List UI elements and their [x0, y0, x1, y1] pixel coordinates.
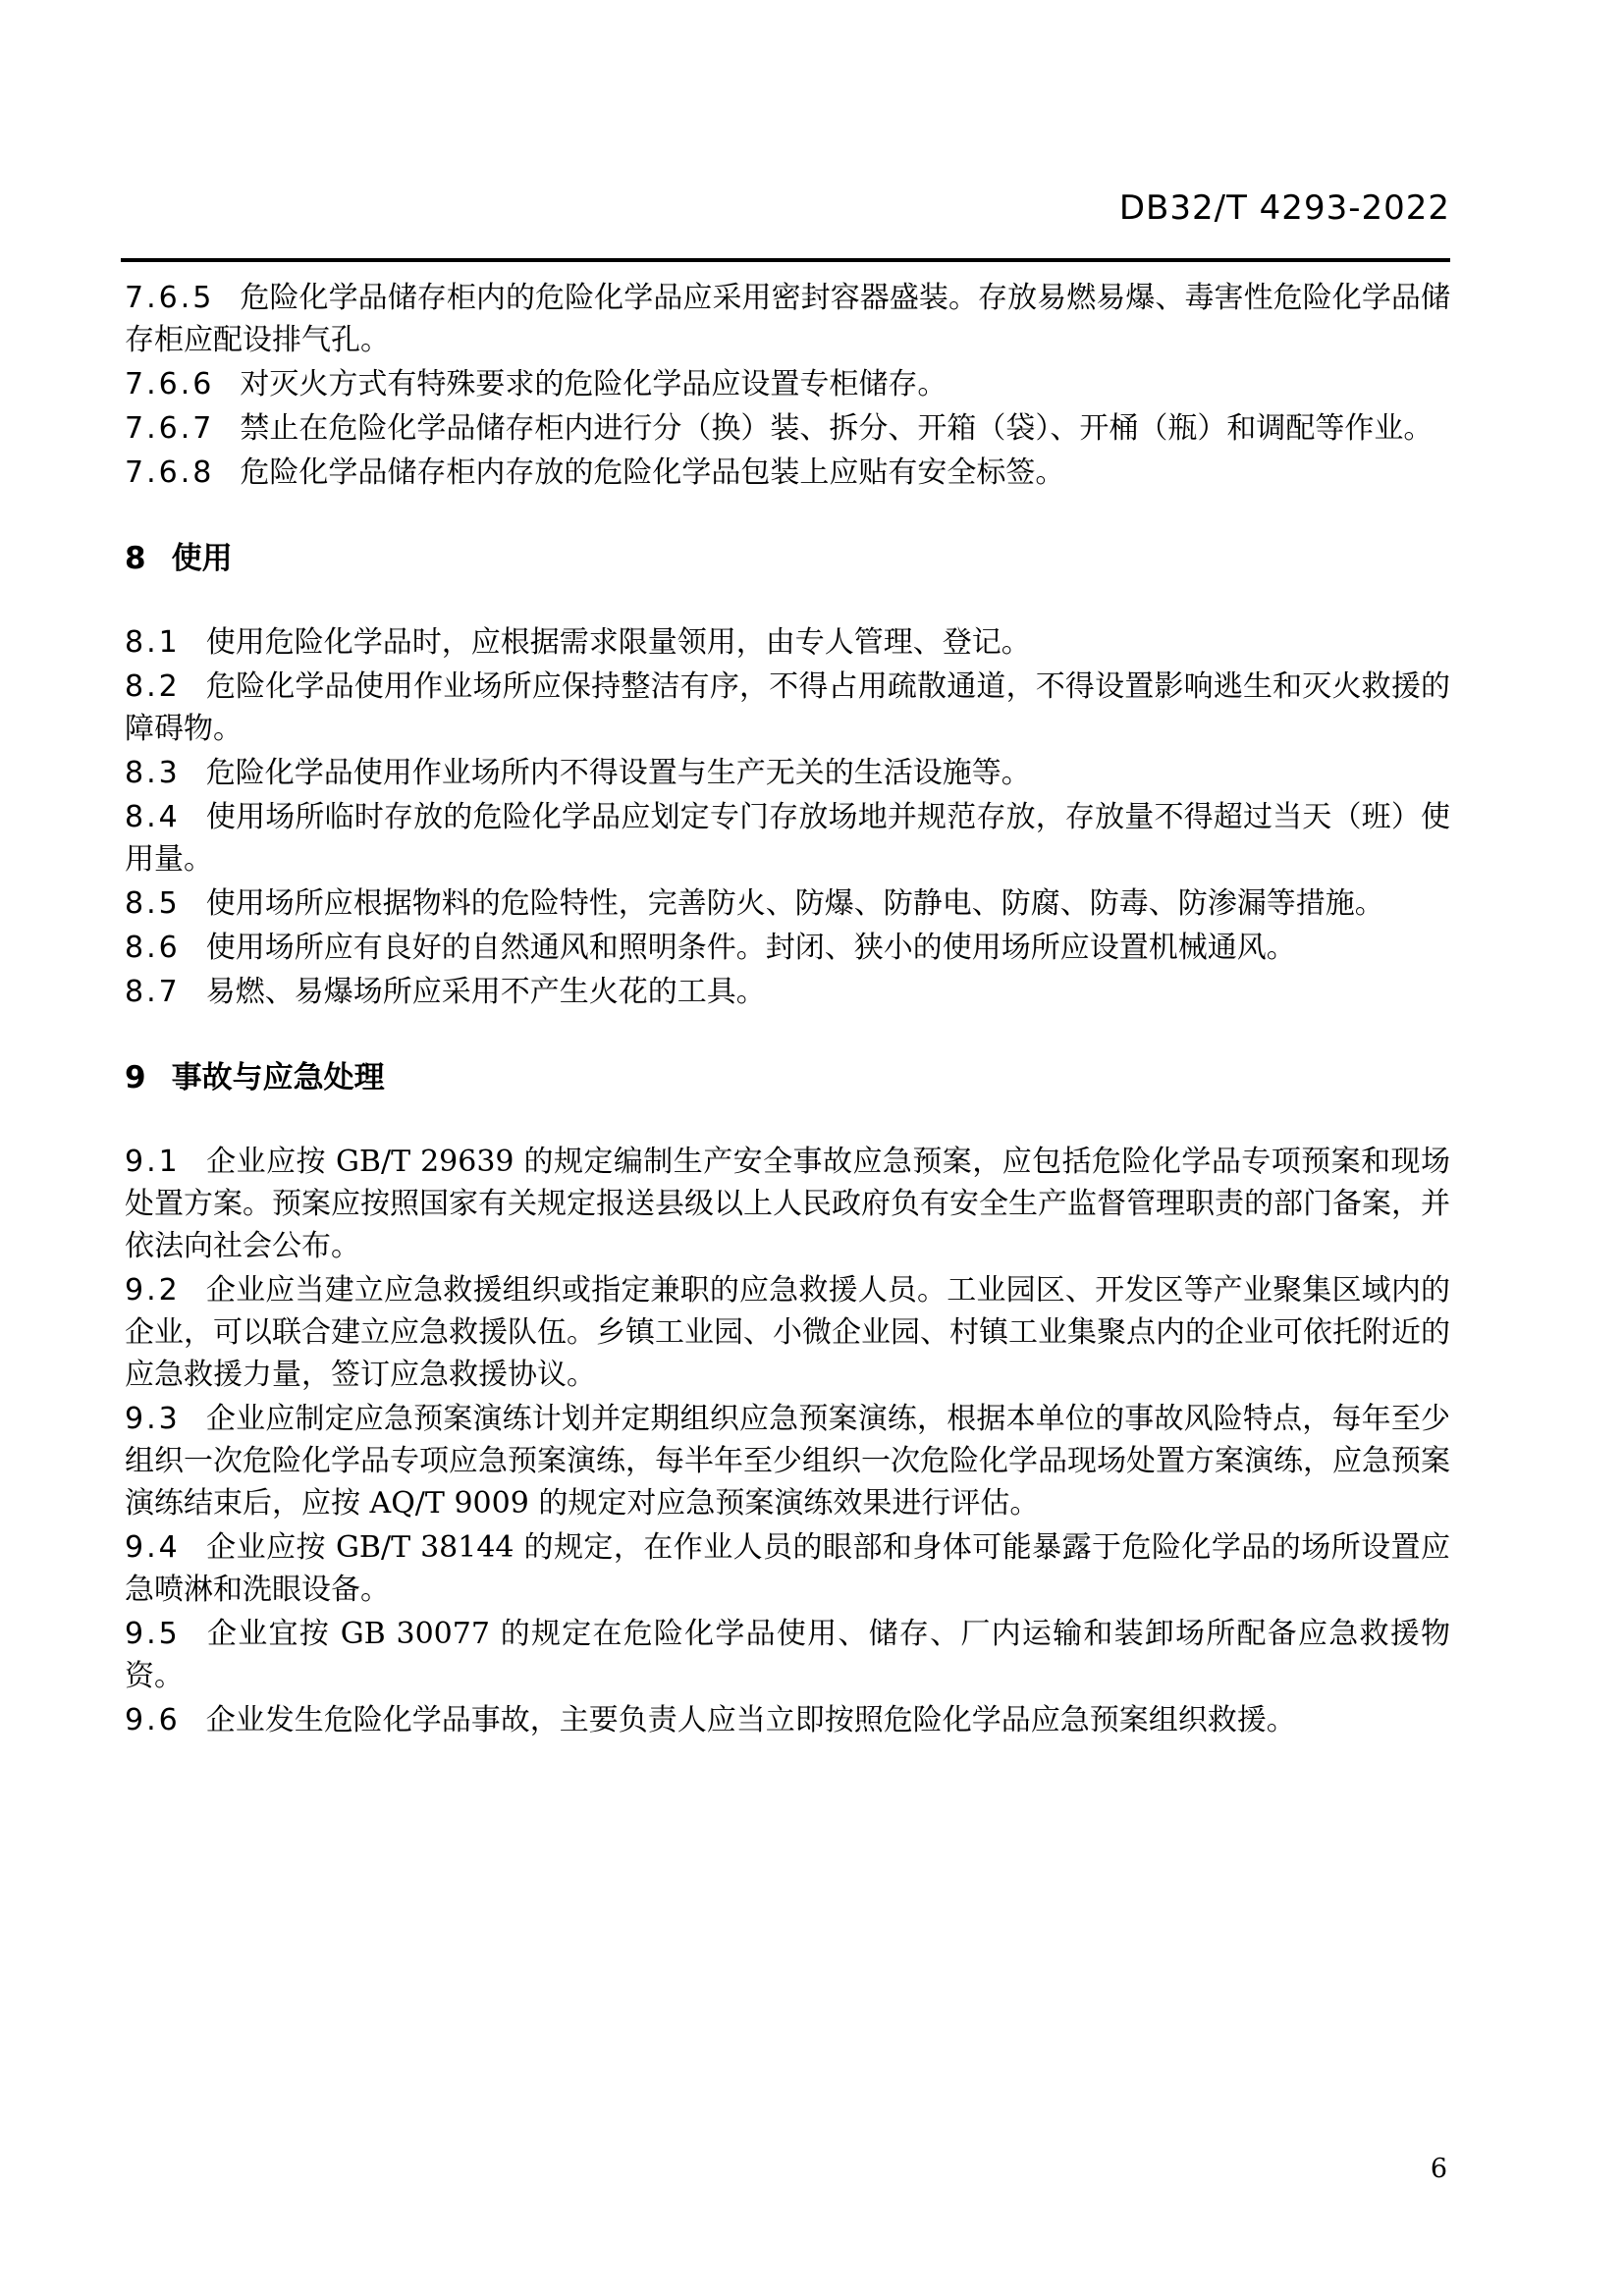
clause-7-6-8: 7.6.8危险化学品储存柜内存放的危险化学品包装上应贴有安全标签。 [125, 452, 1450, 494]
document-page: DB32/T 4293-2022 7.6.5危险化学品储存柜内的危险化学品应采用… [0, 0, 1624, 2296]
clause-7-6-5: 7.6.5危险化学品储存柜内的危险化学品应采用密封容器盛装。存放易燃易爆、毒害性… [125, 277, 1450, 361]
clause-text: 使用危险化学品时，应根据需求限量领用，由专人管理、登记。 [206, 625, 1031, 660]
clause-8-4: 8.4使用场所临时存放的危险化学品应划定专门存放场地并规范存放，存放量不得超过当… [125, 796, 1450, 881]
section-9-heading: 9事故与应急处理 [125, 1056, 1450, 1099]
clause-8-7: 8.7易燃、易爆场所应采用不产生火花的工具。 [125, 971, 1450, 1013]
clause-text: 使用场所应根据物料的危险特性，完善防火、防爆、防静电、防腐、防毒、防渗漏等措施。 [206, 886, 1384, 921]
clause-text: 危险化学品储存柜内存放的危险化学品包装上应贴有安全标签。 [240, 455, 1064, 490]
section-title: 事故与应急处理 [172, 1060, 385, 1095]
clause-text: 企业应按 GB/T 29639 的规定编制生产安全事故应急预案，应包括危险化学品… [125, 1145, 1450, 1263]
clause-9-1: 9.1企业应按 GB/T 29639 的规定编制生产安全事故应急预案，应包括危险… [125, 1141, 1450, 1267]
clause-9-2: 9.2企业应当建立应急救援组织或指定兼职的应急救援人员。工业园区、开发区等产业聚… [125, 1269, 1450, 1396]
clause-number: 8.2 [125, 669, 181, 704]
clause-text: 危险化学品使用作业场所内不得设置与生产无关的生活设施等。 [206, 756, 1031, 790]
clause-number: 7.6.8 [125, 455, 214, 490]
clause-9-3: 9.3企业应制定应急预案演练计划并定期组织应急预案演练，根据本单位的事故风险特点… [125, 1398, 1450, 1524]
clause-text: 企业应当建立应急救援组织或指定兼职的应急救援人员。工业园区、开发区等产业聚集区域… [125, 1273, 1450, 1392]
clause-number: 8.5 [125, 886, 181, 921]
clause-text: 易燃、易爆场所应采用不产生火花的工具。 [206, 975, 766, 1009]
clause-7-6-7: 7.6.7禁止在危险化学品储存柜内进行分（换）装、拆分、开箱（袋）、开桶（瓶）和… [125, 407, 1450, 450]
clause-text: 企业应按 GB/T 38144 的规定，在作业人员的眼部和身体可能暴露于危险化学… [125, 1530, 1450, 1607]
clause-number: 9.3 [125, 1402, 181, 1436]
clause-9-6: 9.6企业发生危险化学品事故，主要负责人应当立即按照危险化学品应急预案组织救援。 [125, 1699, 1450, 1741]
clause-number: 8.4 [125, 800, 181, 834]
section-8-heading: 8使用 [125, 537, 1450, 580]
clause-text: 对灭火方式有特殊要求的危险化学品应设置专柜储存。 [240, 367, 947, 401]
section-number: 9 [125, 1060, 148, 1095]
clause-8-2: 8.2危险化学品使用作业场所应保持整洁有序，不得占用疏散通道，不得设置影响逃生和… [125, 666, 1450, 750]
clause-number: 8.1 [125, 625, 181, 660]
document-code-header: DB32/T 4293-2022 [125, 188, 1450, 228]
clause-number: 7.6.6 [125, 367, 214, 401]
section-number: 8 [125, 541, 148, 576]
clause-number: 9.1 [125, 1145, 181, 1179]
clause-text: 使用场所应有良好的自然通风和照明条件。封闭、狭小的使用场所应设置机械通风。 [206, 931, 1296, 965]
clause-text: 企业应制定应急预案演练计划并定期组织应急预案演练，根据本单位的事故风险特点，每年… [125, 1402, 1450, 1521]
page-number: 6 [1431, 2154, 1447, 2185]
clause-number: 7.6.5 [125, 281, 214, 315]
clause-text: 危险化学品使用作业场所应保持整洁有序，不得占用疏散通道，不得设置影响逃生和灭火救… [125, 669, 1450, 746]
clause-8-6: 8.6使用场所应有良好的自然通风和照明条件。封闭、狭小的使用场所应设置机械通风。 [125, 927, 1450, 969]
clause-text: 企业发生危险化学品事故，主要负责人应当立即按照危险化学品应急预案组织救援。 [206, 1703, 1296, 1737]
header-rule [121, 258, 1450, 262]
clause-number: 8.3 [125, 756, 181, 790]
section-title: 使用 [172, 541, 233, 576]
clause-number: 8.7 [125, 975, 181, 1009]
clause-8-5: 8.5使用场所应根据物料的危险特性，完善防火、防爆、防静电、防腐、防毒、防渗漏等… [125, 882, 1450, 925]
clause-text: 企业宜按 GB 30077 的规定在危险化学品使用、储存、厂内运输和装卸场所配备… [125, 1617, 1450, 1693]
clause-number: 8.6 [125, 931, 181, 965]
document-body: 7.6.5危险化学品储存柜内的危险化学品应采用密封容器盛装。存放易燃易爆、毒害性… [125, 275, 1450, 1743]
clause-8-1: 8.1使用危险化学品时，应根据需求限量领用，由专人管理、登记。 [125, 621, 1450, 664]
clause-8-3: 8.3危险化学品使用作业场所内不得设置与生产无关的生活设施等。 [125, 752, 1450, 794]
clause-text: 禁止在危险化学品储存柜内进行分（换）装、拆分、开箱（袋）、开桶（瓶）和调配等作业… [240, 411, 1433, 446]
clause-text: 使用场所临时存放的危险化学品应划定专门存放场地并规范存放，存放量不得超过当天（班… [125, 800, 1450, 877]
clause-7-6-6: 7.6.6对灭火方式有特殊要求的危险化学品应设置专柜储存。 [125, 363, 1450, 405]
clause-number: 9.5 [125, 1617, 181, 1651]
clause-text: 危险化学品储存柜内的危险化学品应采用密封容器盛装。存放易燃易爆、毒害性危险化学品… [125, 281, 1450, 357]
clause-number: 9.2 [125, 1273, 181, 1308]
clause-number: 7.6.7 [125, 411, 214, 446]
clause-number: 9.6 [125, 1703, 181, 1737]
clause-9-4: 9.4企业应按 GB/T 38144 的规定，在作业人员的眼部和身体可能暴露于危… [125, 1526, 1450, 1611]
clause-9-5: 9.5企业宜按 GB 30077 的规定在危险化学品使用、储存、厂内运输和装卸场… [125, 1613, 1450, 1697]
clause-number: 9.4 [125, 1530, 181, 1565]
